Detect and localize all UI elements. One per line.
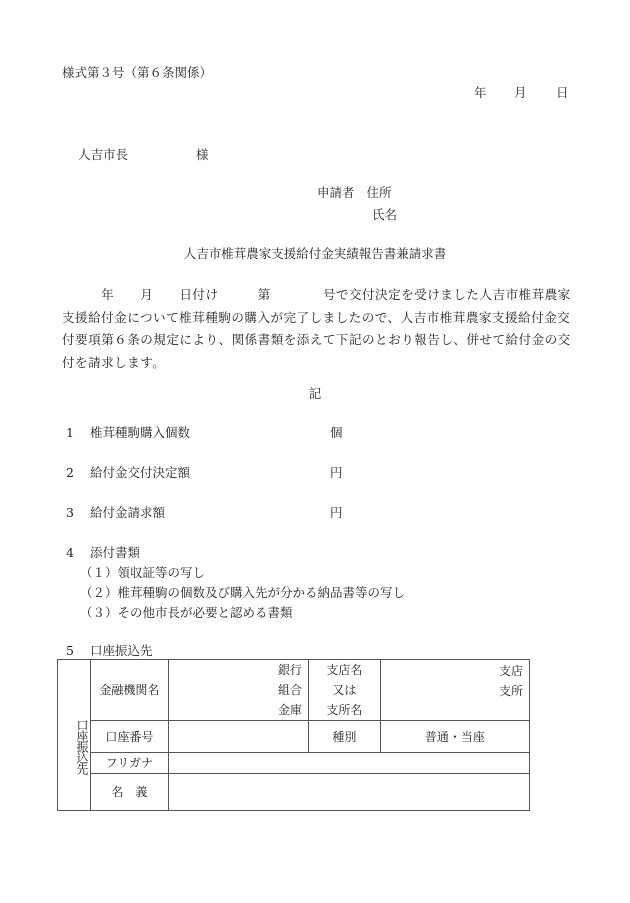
institution-name-field[interactable]: 銀行 組合 金庫 — [168, 660, 308, 721]
type-branch: 支店 — [381, 661, 523, 681]
row-header-cell: 口座振込先 — [58, 660, 91, 811]
item-unit: 個 — [330, 425, 343, 441]
branch-label: 支店名 又は 支所名 — [309, 660, 381, 721]
date-month-label: 月 — [514, 85, 527, 101]
attachments-heading: 4添付書類 — [66, 545, 140, 561]
account-number-field[interactable] — [168, 721, 308, 753]
item-unit: 円 — [330, 505, 343, 521]
attachment-item: （２）椎茸種駒の個数及び購入先が分かる納品書等の写し — [80, 585, 405, 601]
branch-name-field[interactable]: 支店 支所 — [380, 660, 529, 721]
type-bank: 銀行 — [169, 660, 302, 680]
item-number: 3 — [66, 505, 90, 521]
item-label: 添付書類 — [90, 545, 140, 560]
addressee: 人吉市長 様 — [78, 147, 128, 163]
account-type-options[interactable]: 普通・当座 — [380, 721, 529, 753]
applicant-label: 申請者 — [317, 185, 355, 200]
attachment-item: （１）領収証等の写し — [80, 565, 205, 581]
attachment-item: （３）その他市長が必要と認める書類 — [80, 605, 293, 621]
type-sub-branch: 支所 — [381, 681, 523, 701]
item-number: 1 — [66, 425, 90, 441]
item-label: 給付金請求額 — [90, 505, 165, 520]
item-number: 4 — [66, 545, 90, 561]
addressee-honorific: 様 — [196, 147, 209, 163]
bank-section-heading: 5口座振込先 — [66, 643, 153, 659]
type-union: 組合 — [169, 680, 302, 700]
furigana-field[interactable] — [168, 753, 529, 774]
date-day-label: 日 — [556, 85, 569, 101]
date-year-label: 年 — [474, 85, 487, 101]
branch-label-line: 又は — [309, 680, 380, 700]
applicant-address-row: 申請者 住所 — [317, 185, 392, 201]
addressee-name: 人吉市長 — [78, 147, 128, 162]
furigana-label: フリガナ — [91, 753, 169, 774]
type-shinkin: 金庫 — [169, 700, 302, 720]
item-label: 椎茸種駒購入個数 — [90, 425, 190, 440]
item-label: 口座振込先 — [90, 643, 153, 658]
item-decided-amount: 2給付金交付決定額 円 — [66, 465, 190, 481]
holder-field[interactable] — [168, 774, 529, 811]
applicant-name-label: 氏名 — [372, 207, 397, 223]
holder-label: 名 義 — [91, 774, 169, 811]
bank-account-table: 口座振込先 金融機関名 銀行 組合 金庫 支店名 又は 支所名 支店 支所 口座… — [57, 659, 530, 811]
item-label: 給付金交付決定額 — [90, 465, 190, 480]
item-number: 5 — [66, 643, 90, 659]
address-label: 住所 — [367, 185, 392, 200]
item-number: 2 — [66, 465, 90, 481]
item-unit: 円 — [330, 465, 343, 481]
document-title: 人吉市椎茸農家支援給付金実績報告書兼請求書 — [0, 246, 630, 262]
ki-heading: 記 — [0, 386, 630, 402]
institution-label: 金融機関名 — [91, 660, 169, 721]
account-type-label: 種別 — [309, 721, 381, 753]
item-purchase-count: 1椎茸種駒購入個数 個 — [66, 425, 190, 441]
body-paragraph: 年 月 日付け 第 号で交付決定を受けました人吉市椎茸農家支援給付金について椎茸… — [62, 284, 582, 374]
branch-label-line: 支所名 — [309, 700, 380, 720]
form-number: 様式第３号（第６条関係） — [62, 65, 212, 81]
item-claim-amount: 3給付金請求額 円 — [66, 505, 165, 521]
row-header-label: 口座振込先 — [58, 719, 90, 774]
account-number-label: 口座番号 — [91, 721, 169, 753]
branch-label-line: 支店名 — [309, 660, 380, 680]
